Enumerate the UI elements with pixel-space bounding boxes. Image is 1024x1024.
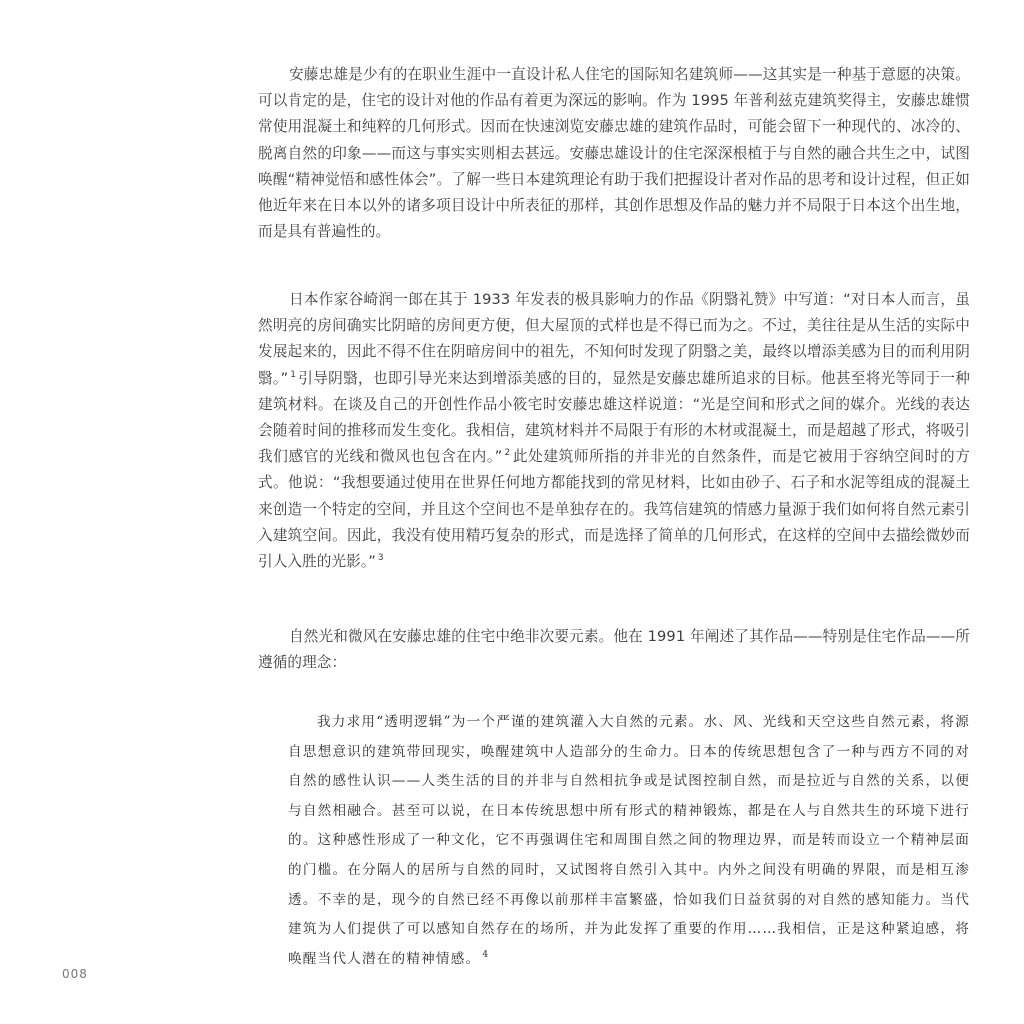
footnote-marker: 1 (290, 370, 296, 380)
footnote-marker: 4 (482, 950, 489, 960)
paragraph-segment: 此处建筑师所指的并非光的自然条件，而是它被用于容纳空间时的方式。他说：“我想要通… (258, 448, 970, 570)
paragraph-natural-light: 自然光和微风在安藤忠雄的住宅中绝非次要元素。他在 1991 年阐述了其作品——特… (258, 624, 970, 676)
book-page: 安藤忠雄是少有的在职业生涯中一直设计私人住宅的国际知名建筑师——这其实是一种基于… (0, 0, 1024, 1024)
block-quote: 我力求用“透明逻辑”为一个严谨的建筑灌入大自然的元素。水、风、光线和天空这些自然… (288, 708, 970, 974)
paragraph-intro: 安藤忠雄是少有的在职业生涯中一直设计私人住宅的国际知名建筑师——这其实是一种基于… (258, 62, 970, 245)
block-quote-text: 我力求用“透明逻辑”为一个严谨的建筑灌入大自然的元素。水、风、光线和天空这些自然… (288, 714, 970, 967)
footnote-marker: 3 (378, 553, 384, 563)
page-number: 008 (62, 967, 88, 981)
footnote-marker: 2 (504, 448, 510, 458)
paragraph-tanizaki-quote: 日本作家谷崎润一郎在其于 1933 年发表的极具影响力的作品《阴翳礼赞》中写道：… (258, 287, 970, 575)
